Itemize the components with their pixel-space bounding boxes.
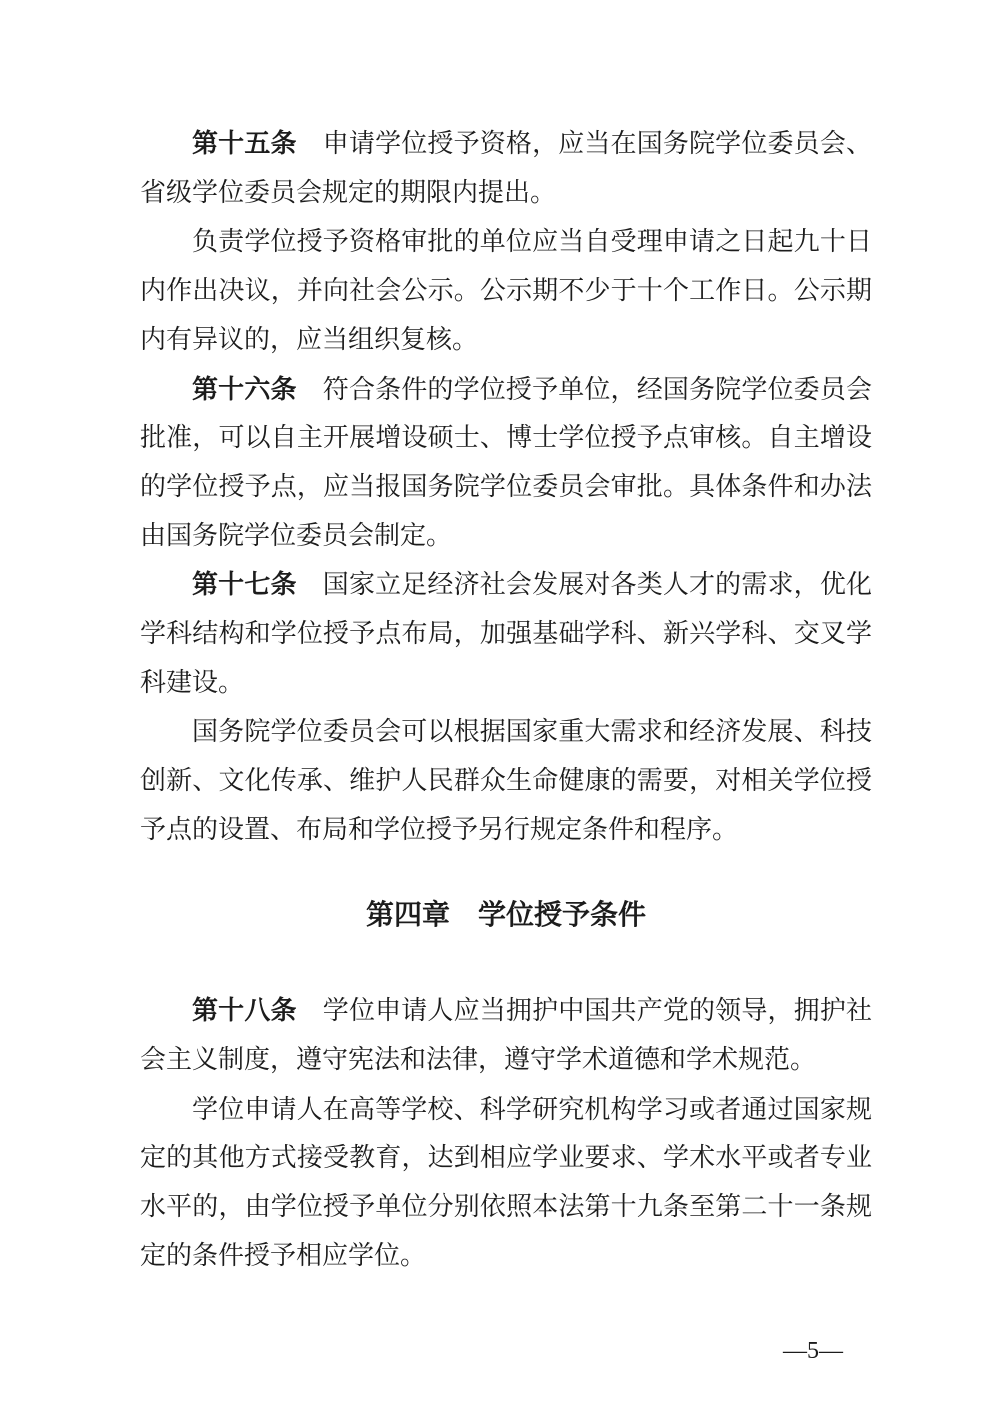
law-paragraph: 国务院学位委员会可以根据国家重大需求和经济发展、科技创新、文化传承、维护人民群众… — [140, 707, 872, 854]
paragraph-text: 国务院学位委员会可以根据国家重大需求和经济发展、科技创新、文化传承、维护人民群众… — [140, 717, 872, 843]
law-paragraph: 第十七条 国家立足经济社会发展对各类人才的需求，优化学科结构和学位授予点布局，加… — [140, 560, 872, 707]
article-number: 第十六条 — [192, 374, 323, 404]
paragraph-text: 负责学位授予资格审批的单位应当自受理申请之日起九十日内作出决议，并向社会公示。公… — [140, 227, 872, 353]
document-body: 第十五条 申请学位授予资格，应当在国务院学位委员会、省级学位委员会规定的期限内提… — [140, 119, 872, 1280]
document-page: 第十五条 申请学位授予资格，应当在国务院学位委员会、省级学位委员会规定的期限内提… — [0, 0, 992, 1403]
law-paragraph: 学位申请人在高等学校、科学研究机构学习或者通过国家规定的其他方式接受教育，达到相… — [140, 1085, 872, 1281]
paragraph-text: 学位申请人在高等学校、科学研究机构学习或者通过国家规定的其他方式接受教育，达到相… — [140, 1095, 872, 1270]
article-number: 第十八条 — [192, 995, 323, 1025]
article-number: 第十五条 — [192, 128, 323, 158]
law-paragraph: 第十八条 学位申请人应当拥护中国共产党的领导，拥护社会主义制度，遵守宪法和法律，… — [140, 986, 872, 1084]
article-number: 第十七条 — [192, 569, 323, 599]
law-paragraph: 负责学位授予资格审批的单位应当自受理申请之日起九十日内作出决议，并向社会公示。公… — [140, 217, 872, 364]
law-paragraph: 第十五条 申请学位授予资格，应当在国务院学位委员会、省级学位委员会规定的期限内提… — [140, 119, 872, 217]
page-number: —5— — [783, 1336, 843, 1366]
law-paragraph: 第十六条 符合条件的学位授予单位，经国务院学位委员会批准，可以自主开展增设硕士、… — [140, 365, 872, 561]
chapter-heading: 第四章 学位授予条件 — [140, 891, 872, 940]
